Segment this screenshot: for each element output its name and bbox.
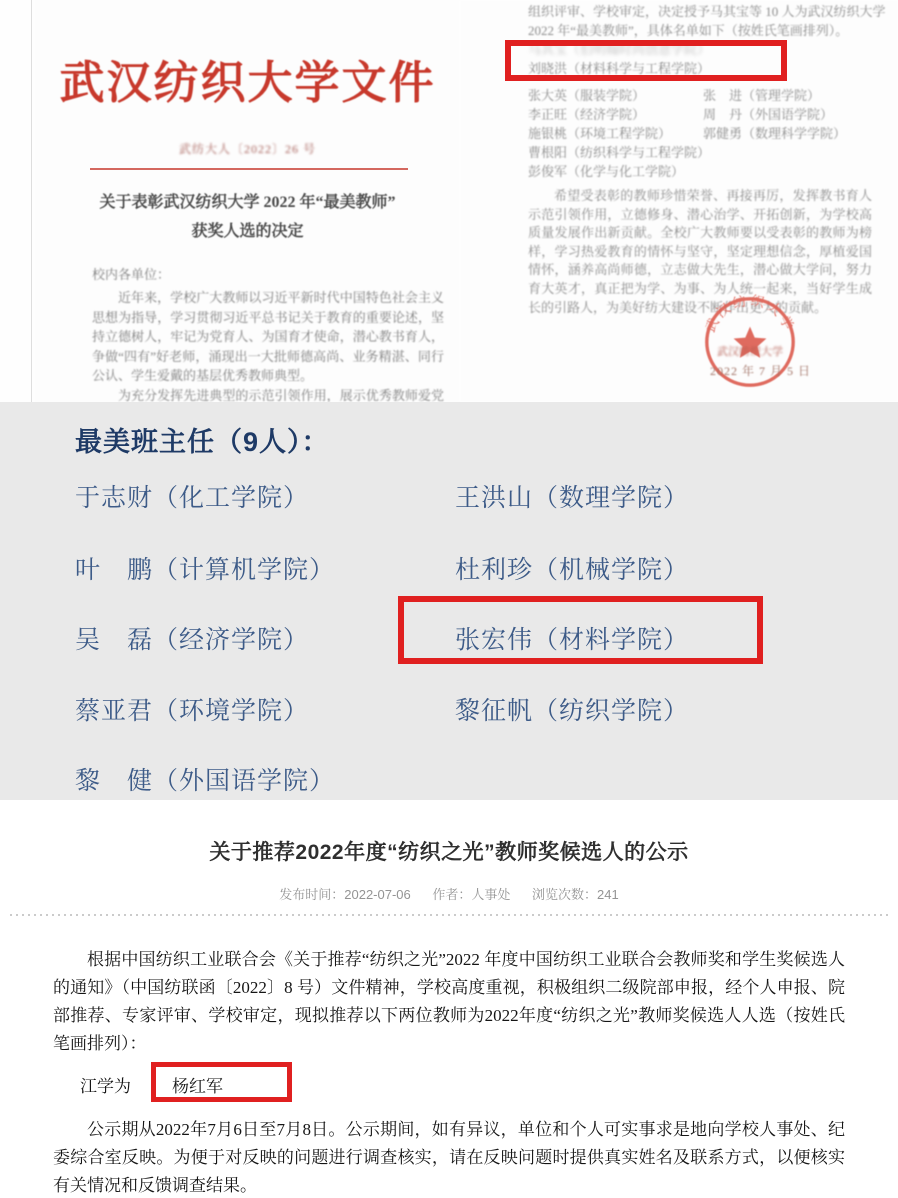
- document-paragraph: 近年来，学校广大教师以习近平新时代中国特色社会主义思想为指导，学习贯彻习近平总书…: [92, 288, 444, 386]
- list-name: 叶 鹏（计算机学院）: [75, 550, 335, 586]
- document-paragraph: 为充分发挥先进典型的示范引领作用，展示优秀教师爱党爱: [92, 386, 444, 403]
- article-paragraph: 公示期从2022年7月6日至7月8日。公示期间，如有异议，单位和个人可实事求是地…: [53, 1116, 845, 1198]
- awardee-row: 李正旺（经济学院）周 丹（外国语学院）: [528, 105, 872, 124]
- list-name: 黎 健（外国语学院）: [75, 761, 335, 797]
- scanned-documents: 武汉纺织大学文件 武纺大人〔2022〕26 号 关于表彰武汉纺织大学 2022 …: [0, 0, 898, 402]
- awardee-row: 张大英（服装学院）张 进（管理学院）: [528, 86, 872, 105]
- document-title-line2: 获奖人选的决定: [35, 217, 460, 246]
- document-title-line1: 关于表彰武汉纺织大学 2022 年“最美教师”: [35, 188, 460, 217]
- article-paragraph: 根据中国纺织工业联合会《关于推荐“纺织之光”2022 年度中国纺织工业联合会教师…: [53, 946, 845, 1058]
- document-body: 近年来，学校广大教师以习近平新时代中国特色社会主义思想为指导，学习贯彻习近平总书…: [92, 288, 444, 402]
- intro-line: 2022 年“最美教师”，具体名单如下（按姓氏笔画排列）。: [528, 21, 872, 40]
- masthead-divider: [90, 168, 408, 170]
- awardee-row: 曹根阳（纺织科学与工程学院）: [528, 143, 872, 162]
- list-header: 最美班主任（9人）：: [75, 420, 330, 459]
- list-name: 蔡亚君（环境学院）: [75, 691, 309, 727]
- page: 武汉纺织大学文件 武纺大人〔2022〕26 号 关于表彰武汉纺织大学 2022 …: [0, 0, 898, 1198]
- document-masthead: 武汉纺织大学文件: [35, 46, 460, 111]
- awardee-row: 施银桃（环境工程学院）郭健勇（数理科学学院）: [528, 124, 872, 143]
- view-count: 浏览次数：241: [532, 887, 619, 902]
- highlight-box-document: [505, 40, 787, 81]
- announcement-article: 关于推荐2022年度“纺织之光”教师奖候选人的公示 发布时间：2022-07-0…: [0, 800, 898, 1198]
- article-title: 关于推荐2022年度“纺织之光”教师奖候选人的公示: [0, 836, 898, 866]
- document-salutation: 校内各单位：: [92, 264, 170, 283]
- seal-name-text: 武汉纺织大学: [717, 343, 783, 359]
- seal-date: 2022 年 7 月 5 日: [710, 362, 811, 379]
- list-row: 蔡亚君（环境学院） 黎征帆（纺织学院）: [0, 691, 898, 725]
- closing-paragraph: 希望受表彰的教师珍惜荣誉、再接再厉，发挥教书育人示范引领作用，立德修身、潜心治学…: [528, 187, 872, 317]
- list-name: 吴 磊（经济学院）: [75, 620, 309, 656]
- highlight-box-candidate: [151, 1062, 292, 1102]
- list-name: 王洪山（数理学院）: [455, 478, 689, 514]
- article-meta: 发布时间：2022-07-06 作者：人事处 浏览次数：241: [0, 884, 898, 903]
- homeroom-teacher-list: 最美班主任（9人）： 于志财（化工学院） 王洪山（数理学院） 叶 鹏（计算机学院…: [0, 402, 898, 800]
- dotted-divider: [10, 914, 888, 916]
- list-row: 黎 健（外国语学院）: [0, 761, 898, 795]
- scan-page-edge: [31, 0, 32, 402]
- document-title: 关于表彰武汉纺织大学 2022 年“最美教师” 获奖人选的决定: [35, 188, 460, 246]
- list-name: 于志财（化工学院）: [75, 478, 309, 514]
- document-number: 武纺大人〔2022〕26 号: [35, 140, 460, 157]
- awardee-row: 彭俊军（化学与化工学院）: [528, 162, 872, 181]
- candidate-name: 江学为: [80, 1077, 131, 1096]
- publish-date: 发布时间：2022-07-06: [279, 887, 411, 902]
- intro-line: 组织评审、学校审定，决定授予马其宝等 10 人为武汉纺织大学: [528, 2, 872, 21]
- list-name: 黎征帆（纺织学院）: [455, 691, 689, 727]
- article-author: 作者：人事处: [432, 887, 510, 902]
- highlight-box-list: [398, 596, 763, 664]
- document-left: 武汉纺织大学文件 武纺大人〔2022〕26 号 关于表彰武汉纺织大学 2022 …: [35, 0, 460, 402]
- list-name: 杜利珍（机械学院）: [455, 550, 689, 586]
- awardee-list: 张大英（服装学院）张 进（管理学院） 李正旺（经济学院）周 丹（外国语学院） 施…: [528, 86, 872, 181]
- list-row: 于志财（化工学院） 王洪山（数理学院）: [0, 478, 898, 512]
- list-row: 叶 鹏（计算机学院） 杜利珍（机械学院）: [0, 550, 898, 584]
